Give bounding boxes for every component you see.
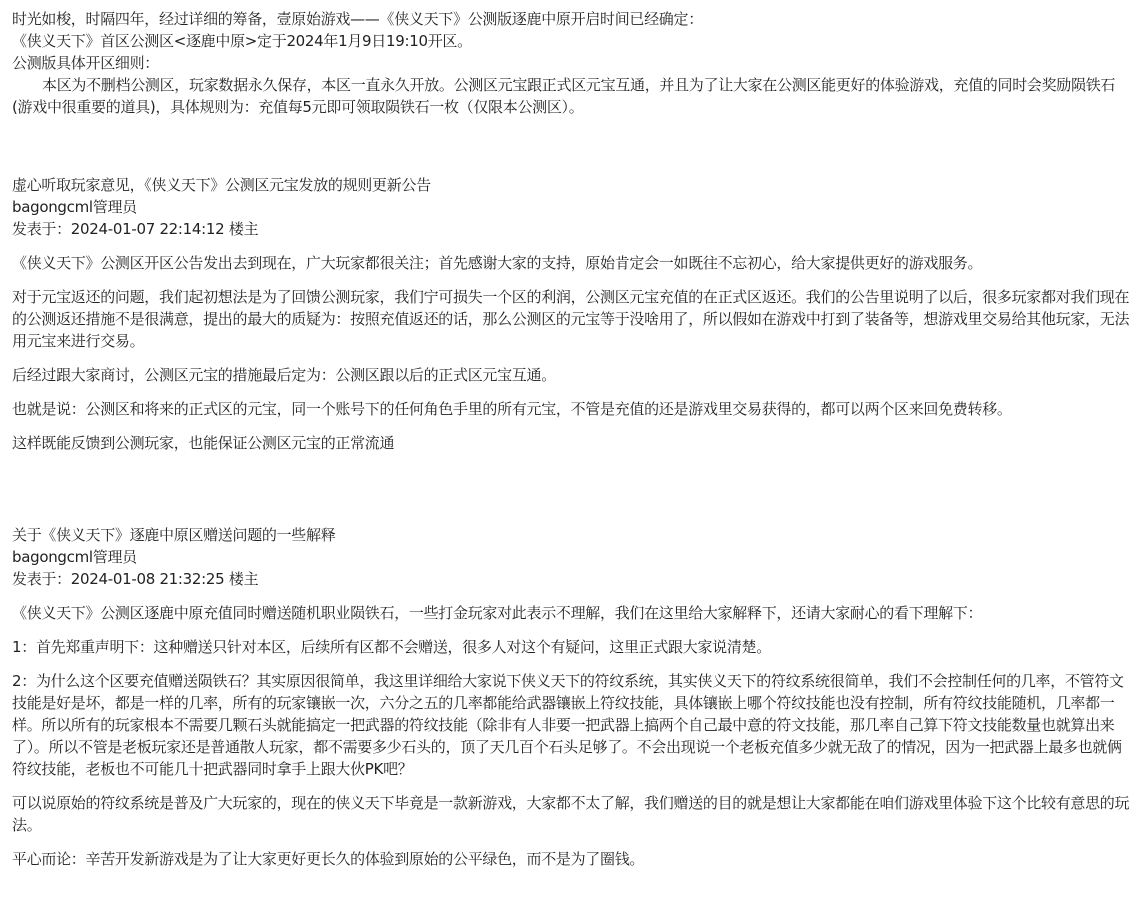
article-author: bagongcml管理员	[12, 196, 1133, 218]
paragraph: 这样既能反馈到公测玩家，也能保证公测区元宝的正常流通	[12, 432, 1133, 454]
paragraph: 1：首先郑重声明下：这种赠送只针对本区，后续所有区都不会赠送，很多人对这个有疑问…	[12, 636, 1133, 658]
paragraph: 《侠义天下》公测区逐鹿中原充值同时赠送随机职业陨铁石，一些打金玩家对此表示不理解…	[12, 602, 1133, 624]
paragraph: 对于元宝返还的问题，我们起初想法是为了回馈公测玩家，我们宁可损失一个区的利润，公…	[12, 286, 1133, 352]
intro-line: 《侠义天下》首区公测区<逐鹿中原>定于2024年1月9日19:10开区。	[12, 30, 1133, 52]
article-body: 《侠义天下》公测区开区公告发出去到现在，广大玩家都很关注；首先感谢大家的支持，原…	[12, 252, 1133, 454]
paragraph: 平心而论：辛苦开发新游戏是为了让大家更好更长久的体验到原始的公平绿色，而不是为了…	[12, 848, 1133, 870]
page-content: 时光如梭，时隔四年，经过详细的筹备，壹原始游戏——《侠义天下》公测版逐鹿中原开启…	[0, 0, 1145, 870]
intro-line: 本区为不删档公测区，玩家数据永久保存，本区一直永久开放。公测区元宝跟正式区元宝互…	[12, 74, 1133, 118]
paragraph: 《侠义天下》公测区开区公告发出去到现在，广大玩家都很关注；首先感谢大家的支持，原…	[12, 252, 1133, 274]
paragraph: 也就是说：公测区和将来的正式区的元宝，同一个账号下的任何角色手里的所有元宝，不管…	[12, 398, 1133, 420]
article-title: 关于《侠义天下》逐鹿中原区赠送问题的一些解释	[12, 524, 1133, 546]
article-meta: 发表于：2024-01-07 22:14:12 楼主	[12, 218, 1133, 240]
paragraph: 2：为什么这个区要充值赠送陨铁石？其实原因很简单，我这里详细给大家说下侠义天下的…	[12, 670, 1133, 780]
paragraph: 后经过跟大家商讨，公测区元宝的措施最后定为：公测区跟以后的正式区元宝互通。	[12, 364, 1133, 386]
paragraph: 可以说原始的符纹系统是普及广大玩家的，现在的侠义天下毕竟是一款新游戏，大家都不太…	[12, 792, 1133, 836]
article-author: bagongcml管理员	[12, 546, 1133, 568]
article-2: 关于《侠义天下》逐鹿中原区赠送问题的一些解释 bagongcml管理员 发表于：…	[12, 524, 1133, 870]
intro-line: 时光如梭，时隔四年，经过详细的筹备，壹原始游戏——《侠义天下》公测版逐鹿中原开启…	[12, 8, 1133, 30]
article-body: 《侠义天下》公测区逐鹿中原充值同时赠送随机职业陨铁石，一些打金玩家对此表示不理解…	[12, 602, 1133, 870]
intro-line: 公测版具体开区细则：	[12, 52, 1133, 74]
article-meta: 发表于：2024-01-08 21:32:25 楼主	[12, 568, 1133, 590]
intro-section: 时光如梭，时隔四年，经过详细的筹备，壹原始游戏——《侠义天下》公测版逐鹿中原开启…	[12, 8, 1133, 118]
article-1: 虚心听取玩家意见，《侠义天下》公测区元宝发放的规则更新公告 bagongcml管…	[12, 174, 1133, 454]
article-title: 虚心听取玩家意见，《侠义天下》公测区元宝发放的规则更新公告	[12, 174, 1133, 196]
